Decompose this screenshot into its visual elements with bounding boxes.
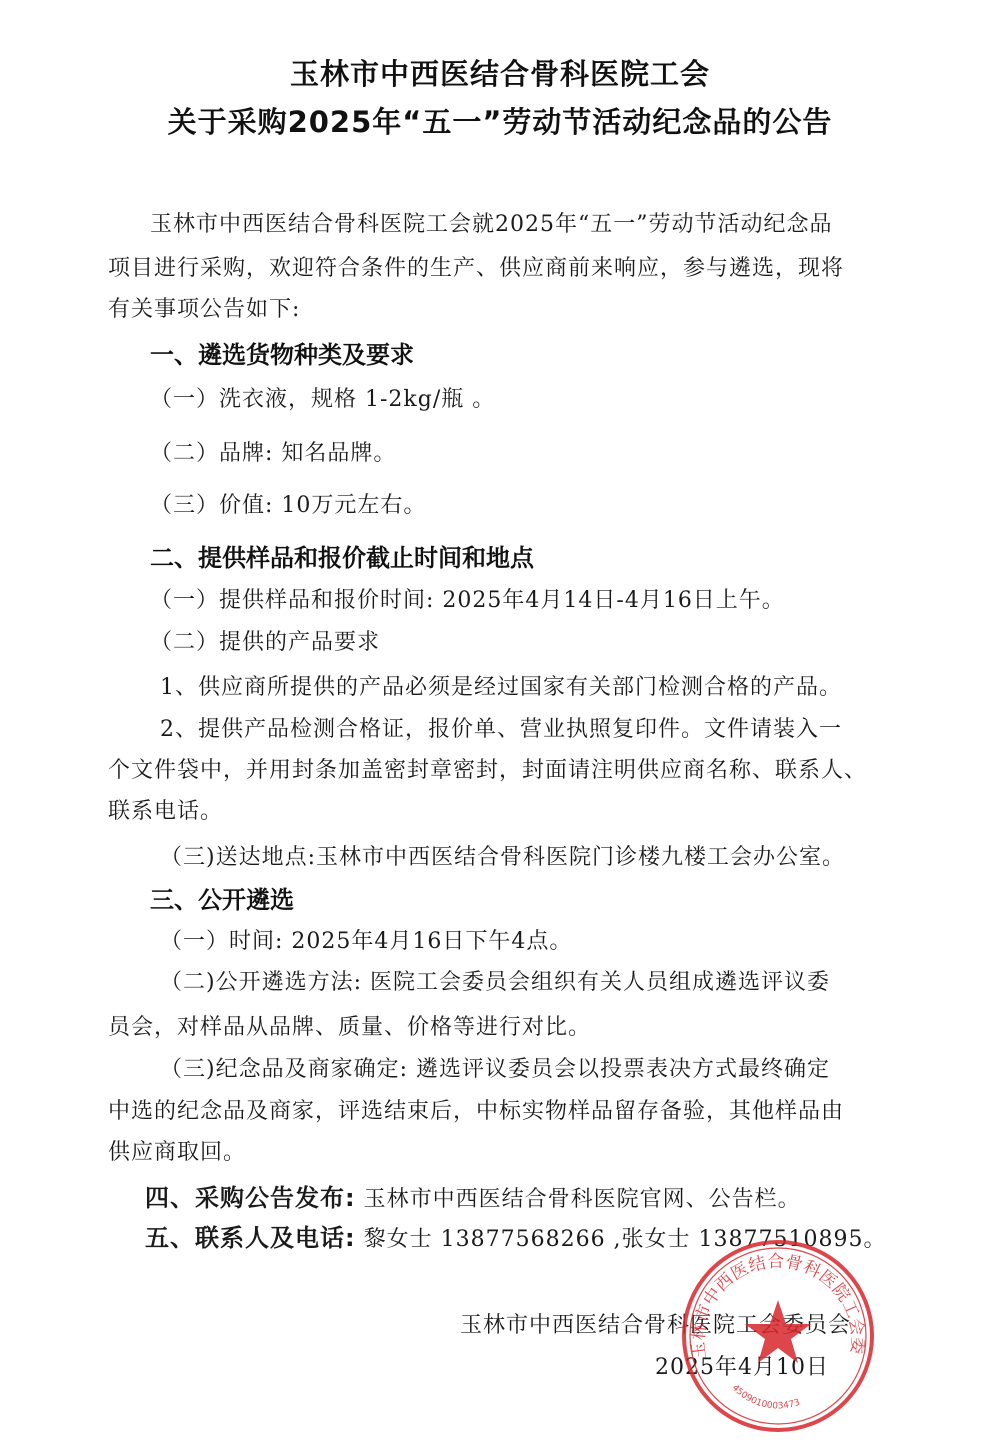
section4-text: 玉林市中西医结合骨科医院官网、公告栏。	[356, 1187, 801, 1212]
section2-req-2-line-3: 联系电话。	[108, 794, 223, 825]
section3-item-2-line-2: 员会，对样品从品牌、质量、价格等进行对比。	[108, 1010, 591, 1041]
section2-item-2: （二）提供的产品要求	[150, 625, 380, 656]
section3-item-3-line-1: （三)纪念品及商家确定: 遴选评议委员会以投票表决方式最终确定	[160, 1052, 830, 1083]
stamp-code: 4509010003473	[730, 1383, 802, 1411]
official-seal-stamp: 玉林市中西医结合骨科医院工会委员会 4509010003473	[680, 1238, 876, 1434]
intro-line-1: 玉林市中西医结合骨科医院工会就2025年“五一”劳动节活动纪念品	[150, 207, 832, 238]
section3-item-2-line-1: （二)公开遴选方法: 医院工会委员会组织有关人员组成遴选评议委	[160, 965, 830, 996]
section4-heading: 四、采购公告发布:	[145, 1184, 356, 1212]
title-line-2: 关于采购2025年“五一”劳动节活动纪念品的公告	[0, 100, 1000, 141]
section3-item-3-line-2: 中选的纪念品及商家，评选结束后，中标实物样品留存备验，其他样品由	[108, 1094, 844, 1125]
announcement-page: 玉林市中西医结合骨科医院工会 关于采购2025年“五一”劳动节活动纪念品的公告 …	[0, 0, 1000, 1456]
section3-item-1: （一）时间: 2025年4月16日下午4点。	[160, 924, 572, 955]
section2-item-1: （一）提供样品和报价时间: 2025年4月14日-4月16日上午。	[150, 583, 785, 614]
title-line-1: 玉林市中西医结合骨科医院工会	[0, 52, 1000, 93]
section1-heading: 一、遴选货物种类及要求	[150, 335, 414, 370]
intro-line-2: 项目进行采购，欢迎符合条件的生产、供应商前来响应，参与遴选，现将	[108, 251, 844, 282]
section4: 四、采购公告发布: 玉林市中西医结合骨科医院官网、公告栏。	[145, 1178, 801, 1213]
section1-item-3: （三）价值: 10万元左右。	[150, 488, 426, 519]
section2-req-1: 1、供应商所提供的产品必须是经过国家有关部门检测合格的产品。	[160, 670, 842, 701]
section3-heading: 三、公开遴选	[150, 880, 294, 915]
star-icon	[745, 1300, 811, 1363]
section3-item-3-line-3: 供应商取回。	[108, 1135, 246, 1166]
section2-req-2-line-1: 2、提供产品检测合格证，报价单、营业执照复印件。文件请装入一	[160, 712, 842, 743]
section2-item-3: （三)送达地点:玉林市中西医结合骨科医院门诊楼九楼工会办公室。	[160, 840, 845, 871]
intro-line-3: 有关事项公告如下:	[108, 292, 300, 323]
svg-text:4509010003473: 4509010003473	[730, 1383, 802, 1411]
section2-req-2-line-2: 个文件袋中，并用封条加盖密封章密封，封面请注明供应商名称、联系人、	[108, 753, 867, 784]
section1-item-2: （二）品牌: 知名品牌。	[150, 436, 396, 467]
section5-heading: 五、联系人及电话:	[145, 1224, 356, 1252]
section2-heading: 二、提供样品和报价截止时间和地点	[150, 538, 534, 573]
section1-item-1: （一）洗衣液，规格 1-2kg/瓶 。	[150, 382, 495, 413]
